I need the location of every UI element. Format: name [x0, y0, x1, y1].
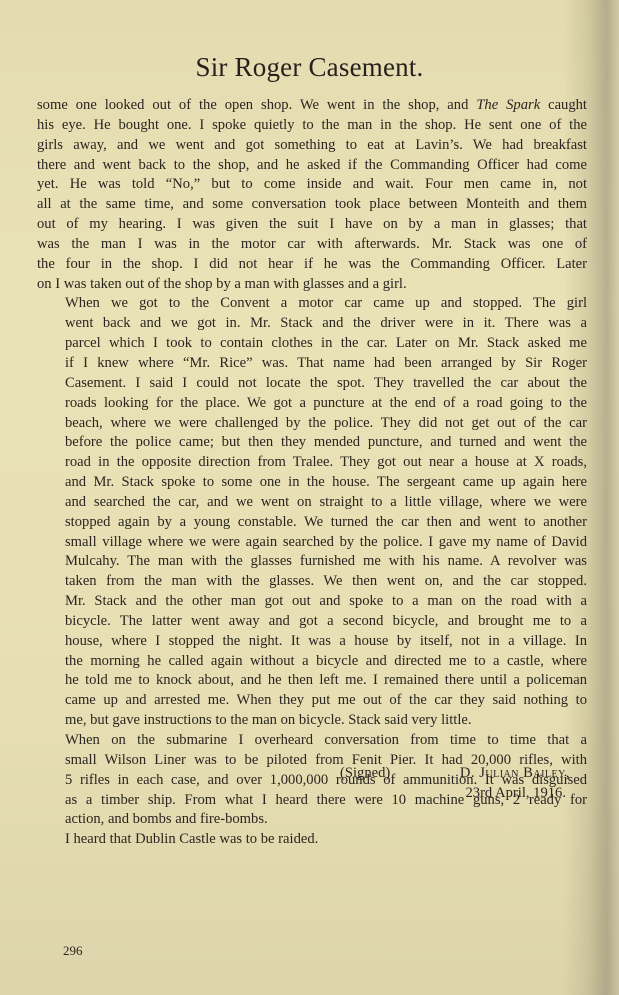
page-title: Sir Roger Casement.: [0, 52, 619, 83]
text-span: some one looked out of the open shop. We…: [37, 97, 476, 113]
text-line: small village where we were again search…: [37, 533, 587, 553]
text-line: came up and arrested me. When they put m…: [37, 691, 587, 711]
text-line: stopped again by a young constable. We t…: [37, 513, 587, 533]
text-line: Mulcahy. The man with the glasses furnis…: [37, 552, 587, 572]
text-line: taken from the man with the glasses. We …: [37, 572, 587, 592]
text-line: his eye. He bought one. I spoke quietly …: [37, 116, 587, 136]
text-line: and searched the car, and we went on str…: [37, 493, 587, 513]
text-line: girls away, and we went and got somethin…: [37, 136, 587, 156]
text-line: When on the submarine I overheard conver…: [37, 731, 587, 751]
signature-date: 23rd April, 1916.: [340, 784, 570, 804]
paragraph-1: some one looked out of the open shop. We…: [37, 96, 587, 294]
text-line: Mr. Stack and the other man got out and …: [37, 592, 587, 612]
signature-row: (Signed) D. Julian Bailey,: [340, 764, 570, 784]
signed-label: (Signed): [340, 764, 390, 784]
paragraph-4: I heard that Dublin Castle was to be rai…: [37, 830, 587, 850]
text-line: he told me to knock about, and he then l…: [37, 671, 587, 691]
text-line: I heard that Dublin Castle was to be rai…: [37, 830, 587, 850]
text-line: and Mr. Stack spoke to some one in the h…: [37, 473, 587, 493]
text-line: before the police came; but then they me…: [37, 433, 587, 453]
italic-title: The Spark: [476, 97, 540, 113]
text-line: on I was taken out of the shop by a man …: [37, 275, 587, 295]
text-line: road in the opposite direction from Tral…: [37, 453, 587, 473]
text-line: bicycle. The latter went away and got a …: [37, 612, 587, 632]
text-line: if I knew where “Mr. Rice” was. That nam…: [37, 354, 587, 374]
text-line: yet. He was told “No,” but to come insid…: [37, 175, 587, 195]
signatory-name: D. Julian Bailey,: [460, 764, 570, 784]
text-line: some one looked out of the open shop. We…: [37, 96, 587, 116]
text-line: Casement. I said I could not locate the …: [37, 374, 587, 394]
book-page: Sir Roger Casement. some one looked out …: [0, 0, 619, 995]
text-line: the four in the shop. I did not hear if …: [37, 255, 587, 275]
paragraph-2: When we got to the Convent a motor car c…: [37, 294, 587, 731]
text-line: me, but gave instructions to the man on …: [37, 711, 587, 731]
signature-block: (Signed) D. Julian Bailey, 23rd April, 1…: [340, 764, 570, 804]
body-text: some one looked out of the open shop. We…: [37, 96, 587, 850]
text-line: house, where I stopped the night. It was…: [37, 632, 587, 652]
text-line: out of my hearing. I was given the suit …: [37, 215, 587, 235]
text-line: parcel which I took to contain clothes i…: [37, 334, 587, 354]
text-line: roads looking for the place. We got a pu…: [37, 394, 587, 414]
text-line: the morning he called again without a bi…: [37, 652, 587, 672]
text-line: there and went back to the shop, and he …: [37, 156, 587, 176]
text-line: beach, where we were challenged by the p…: [37, 414, 587, 434]
text-line: went back and we got in. Mr. Stack and t…: [37, 314, 587, 334]
text-line: all at the same time, and some conversat…: [37, 195, 587, 215]
page-number: 296: [63, 943, 83, 959]
text-line: When we got to the Convent a motor car c…: [37, 294, 587, 314]
text-span: caught: [540, 97, 587, 113]
text-line: was the man I was in the motor car with …: [37, 235, 587, 255]
text-line: action, and bombs and fire-bombs.: [37, 810, 587, 830]
